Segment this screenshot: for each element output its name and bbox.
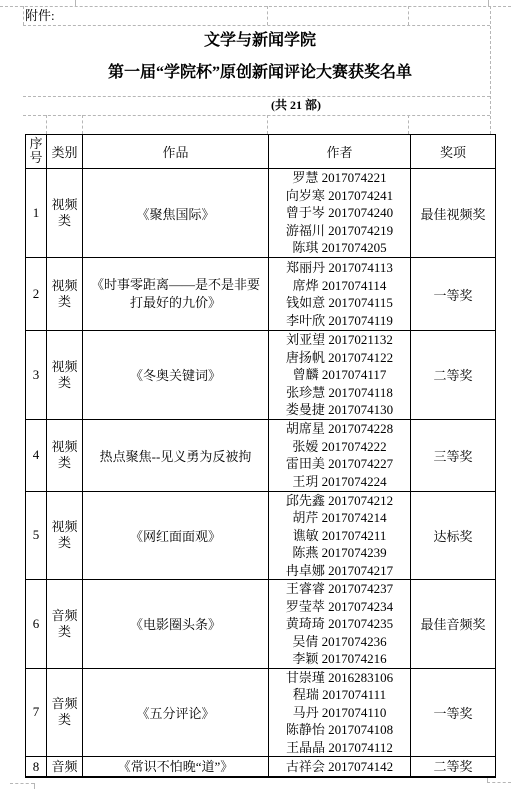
- author-line: 王睿睿 2017074237: [269, 580, 410, 598]
- gridline-top-frag-a: [75, 0, 76, 6]
- gridline-spacer-bottom: [23, 115, 490, 116]
- subtitle-total-count: (共 21 部): [61, 98, 511, 113]
- attachment-label: 附件:: [25, 8, 55, 24]
- table-row-6: 6 音频类 《电影圈头条》 王睿睿 2017074237 罗莹萃 2017074…: [26, 580, 496, 669]
- gridline-bottom-right-h: [487, 782, 511, 783]
- doc-title-line2: 第一届“学院杯”原创新闻评论大赛获奖名单: [25, 63, 495, 82]
- author-line: 陈燕 2017074239: [269, 544, 410, 562]
- author-line: 黄琦琦 2017074235: [269, 615, 410, 633]
- table-row-7: 7 音频类 《五分评论》 甘崇瑾 2016283106 程瑞 201707411…: [26, 668, 496, 757]
- cell-category: 视频类: [47, 258, 83, 331]
- cell-no: 6: [26, 580, 47, 669]
- cell-authors: 邱先鑫 2017074212 胡芹 2017074214 谯敏 20170742…: [269, 491, 411, 580]
- cell-category: 视频类: [47, 169, 83, 258]
- author-line: 程瑞 2017074111: [269, 686, 410, 704]
- cell-award: 达标奖: [411, 491, 496, 580]
- author-line: 曾于岑 2017074240: [269, 204, 410, 222]
- cell-no: 7: [26, 668, 47, 757]
- author-line: 甘崇瑾 2016283106: [269, 669, 410, 687]
- author-line: 马丹 2017074110: [269, 704, 410, 722]
- cell-award: 三等奖: [411, 419, 496, 491]
- cell-work: 《聚焦国际》: [83, 169, 269, 258]
- gridline-attachment-left: [23, 6, 24, 25]
- gridline-spacer-col1: [46, 115, 47, 134]
- awards-table: 序号 类别 作品 作者 奖项 1 视频类 《聚焦国际》 罗慧 201707422…: [25, 134, 496, 778]
- cell-no: 5: [26, 491, 47, 580]
- cell-award: 最佳视频奖: [411, 169, 496, 258]
- cell-no: 1: [26, 169, 47, 258]
- gridline-top-frag-b: [488, 0, 489, 6]
- col-header-category: 类别: [47, 135, 83, 169]
- col-header-award-label: 奖项: [440, 145, 466, 160]
- title-block: 文学与新闻学院 第一届“学院杯”原创新闻评论大赛获奖名单: [25, 31, 495, 82]
- gridline-attachment-col1: [267, 6, 268, 25]
- cell-work: 《冬奥关键词》: [83, 331, 269, 420]
- cell-no: 8: [26, 757, 47, 777]
- author-line: 张珍慧 2017074118: [269, 384, 410, 402]
- cell-award: 二等奖: [411, 757, 496, 777]
- author-line: 郑丽丹 2017074113: [269, 259, 410, 277]
- author-line: 王晶晶 2017074112: [269, 739, 410, 757]
- author-line: 唐扬帆 2017074122: [269, 349, 410, 367]
- gridline-attachment-bottom: [23, 25, 490, 26]
- cell-award: 一等奖: [411, 668, 496, 757]
- cell-award: 二等奖: [411, 331, 496, 420]
- table-row-4: 4 视频类 热点聚焦--见义勇为反被拘 胡席星 2017074228 张嫒 20…: [26, 419, 496, 491]
- cell-no: 3: [26, 331, 47, 420]
- author-line: 钱如意 2017074115: [269, 294, 410, 312]
- cell-authors: 甘崇瑾 2016283106 程瑞 2017074111 马丹 20170741…: [269, 668, 411, 757]
- table-row-5: 5 视频类 《网红面面观》 邱先鑫 2017074212 胡芹 20170742…: [26, 491, 496, 580]
- author-line: 张嫒 2017074222: [269, 438, 410, 456]
- author-line: 向岁寒 2017074241: [269, 187, 410, 205]
- author-line: 陈静怡 2017074108: [269, 721, 410, 739]
- cell-work: 《网红面面观》: [83, 491, 269, 580]
- col-header-no: 序号: [26, 135, 47, 169]
- table-row-8: 8 音频 《常识不怕晚“道”》 古祥会 2017074142 二等奖: [26, 757, 496, 777]
- author-line: 陈琪 2017074205: [269, 239, 410, 257]
- cell-work: 热点聚焦--见义勇为反被拘: [83, 419, 269, 491]
- cell-award: 一等奖: [411, 258, 496, 331]
- cell-award: 最佳音频奖: [411, 580, 496, 669]
- cell-category: 音频: [47, 757, 83, 777]
- cell-authors: 古祥会 2017074142: [269, 757, 411, 777]
- col-header-authors: 作者: [269, 135, 411, 169]
- gridline-spacer-col2: [82, 115, 83, 134]
- cell-category: 音频类: [47, 580, 83, 669]
- table-row-3: 3 视频类 《冬奥关键词》 刘亚望 2017021132 唐扬帆 2017074…: [26, 331, 496, 420]
- doc-title-line1: 文学与新闻学院: [25, 31, 495, 50]
- cell-authors: 王睿睿 2017074237 罗莹萃 2017074234 黄琦琦 201707…: [269, 580, 411, 669]
- gridline-title-bottom: [23, 96, 490, 97]
- author-line: 谯敏 2017074211: [269, 527, 410, 545]
- author-line: 吴倩 2017074236: [269, 633, 410, 651]
- table-row-1: 1 视频类 《聚焦国际》 罗慧 2017074221 向岁寒 201707424…: [26, 169, 496, 258]
- author-line: 曾麟 2017074117: [269, 366, 410, 384]
- cell-work: 《常识不怕晚“道”》: [83, 757, 269, 777]
- gridline-bottom-left-v: [34, 783, 35, 789]
- author-line: 李颖 2017074216: [269, 650, 410, 668]
- col-header-authors-label: 作者: [326, 145, 352, 160]
- cell-category: 视频类: [47, 419, 83, 491]
- author-line: 雷田美 2017074227: [269, 455, 410, 473]
- gridline-top: [0, 6, 511, 7]
- cell-authors: 刘亚望 2017021132 唐扬帆 2017074122 曾麟 2017074…: [269, 331, 411, 420]
- cell-category: 音频类: [47, 668, 83, 757]
- gridline-attachment-col2: [408, 6, 409, 25]
- author-line: 席烨 2017074114: [269, 277, 410, 295]
- gridline-bottom-right-v: [487, 777, 488, 782]
- cell-no: 4: [26, 419, 47, 491]
- cell-work: 《五分评论》: [83, 668, 269, 757]
- table-header-row: 序号 类别 作品 作者 奖项: [26, 135, 496, 169]
- author-line: 冉卓娜 2017074217: [269, 562, 410, 580]
- author-line: 刘亚望 2017021132: [269, 331, 410, 349]
- author-line: 王玥 2017074224: [269, 473, 410, 491]
- author-line: 邱先鑫 2017074212: [269, 492, 410, 510]
- author-line: 罗莹萃 2017074234: [269, 598, 410, 616]
- gridline-bottom-left-h: [10, 783, 34, 784]
- author-line: 胡席星 2017074228: [269, 420, 410, 438]
- cell-work: 《时事零距离——是不是非要打最好的九价》: [83, 258, 269, 331]
- cell-work: 《电影圈头条》: [83, 580, 269, 669]
- col-header-award: 奖项: [411, 135, 496, 169]
- cell-authors: 罗慧 2017074221 向岁寒 2017074241 曾于岑 2017074…: [269, 169, 411, 258]
- cell-authors: 郑丽丹 2017074113 席烨 2017074114 钱如意 2017074…: [269, 258, 411, 331]
- cell-authors: 胡席星 2017074228 张嫒 2017074222 雷田美 2017074…: [269, 419, 411, 491]
- col-header-work-label: 作品: [162, 145, 188, 160]
- author-line: 胡芹 2017074214: [269, 509, 410, 527]
- gridline-spacer-col4: [408, 115, 409, 134]
- col-header-no-label: 序号: [29, 137, 43, 165]
- gridline-spacer-col3: [267, 115, 268, 134]
- author-line: 娄曼捷 2017074130: [269, 401, 410, 419]
- cell-category: 视频类: [47, 491, 83, 580]
- table-row-2: 2 视频类 《时事零距离——是不是非要打最好的九价》 郑丽丹 201707411…: [26, 258, 496, 331]
- author-line: 李叶欣 2017074119: [269, 312, 410, 330]
- cell-category: 视频类: [47, 331, 83, 420]
- col-header-work: 作品: [83, 135, 269, 169]
- document-page: 附件: 文学与新闻学院 第一届“学院杯”原创新闻评论大赛获奖名单 (共 21 部…: [0, 0, 511, 789]
- col-header-category-label: 类别: [51, 145, 77, 160]
- author-line: 罗慧 2017074221: [269, 169, 410, 187]
- author-line: 游福川 2017074219: [269, 222, 410, 240]
- cell-no: 2: [26, 258, 47, 331]
